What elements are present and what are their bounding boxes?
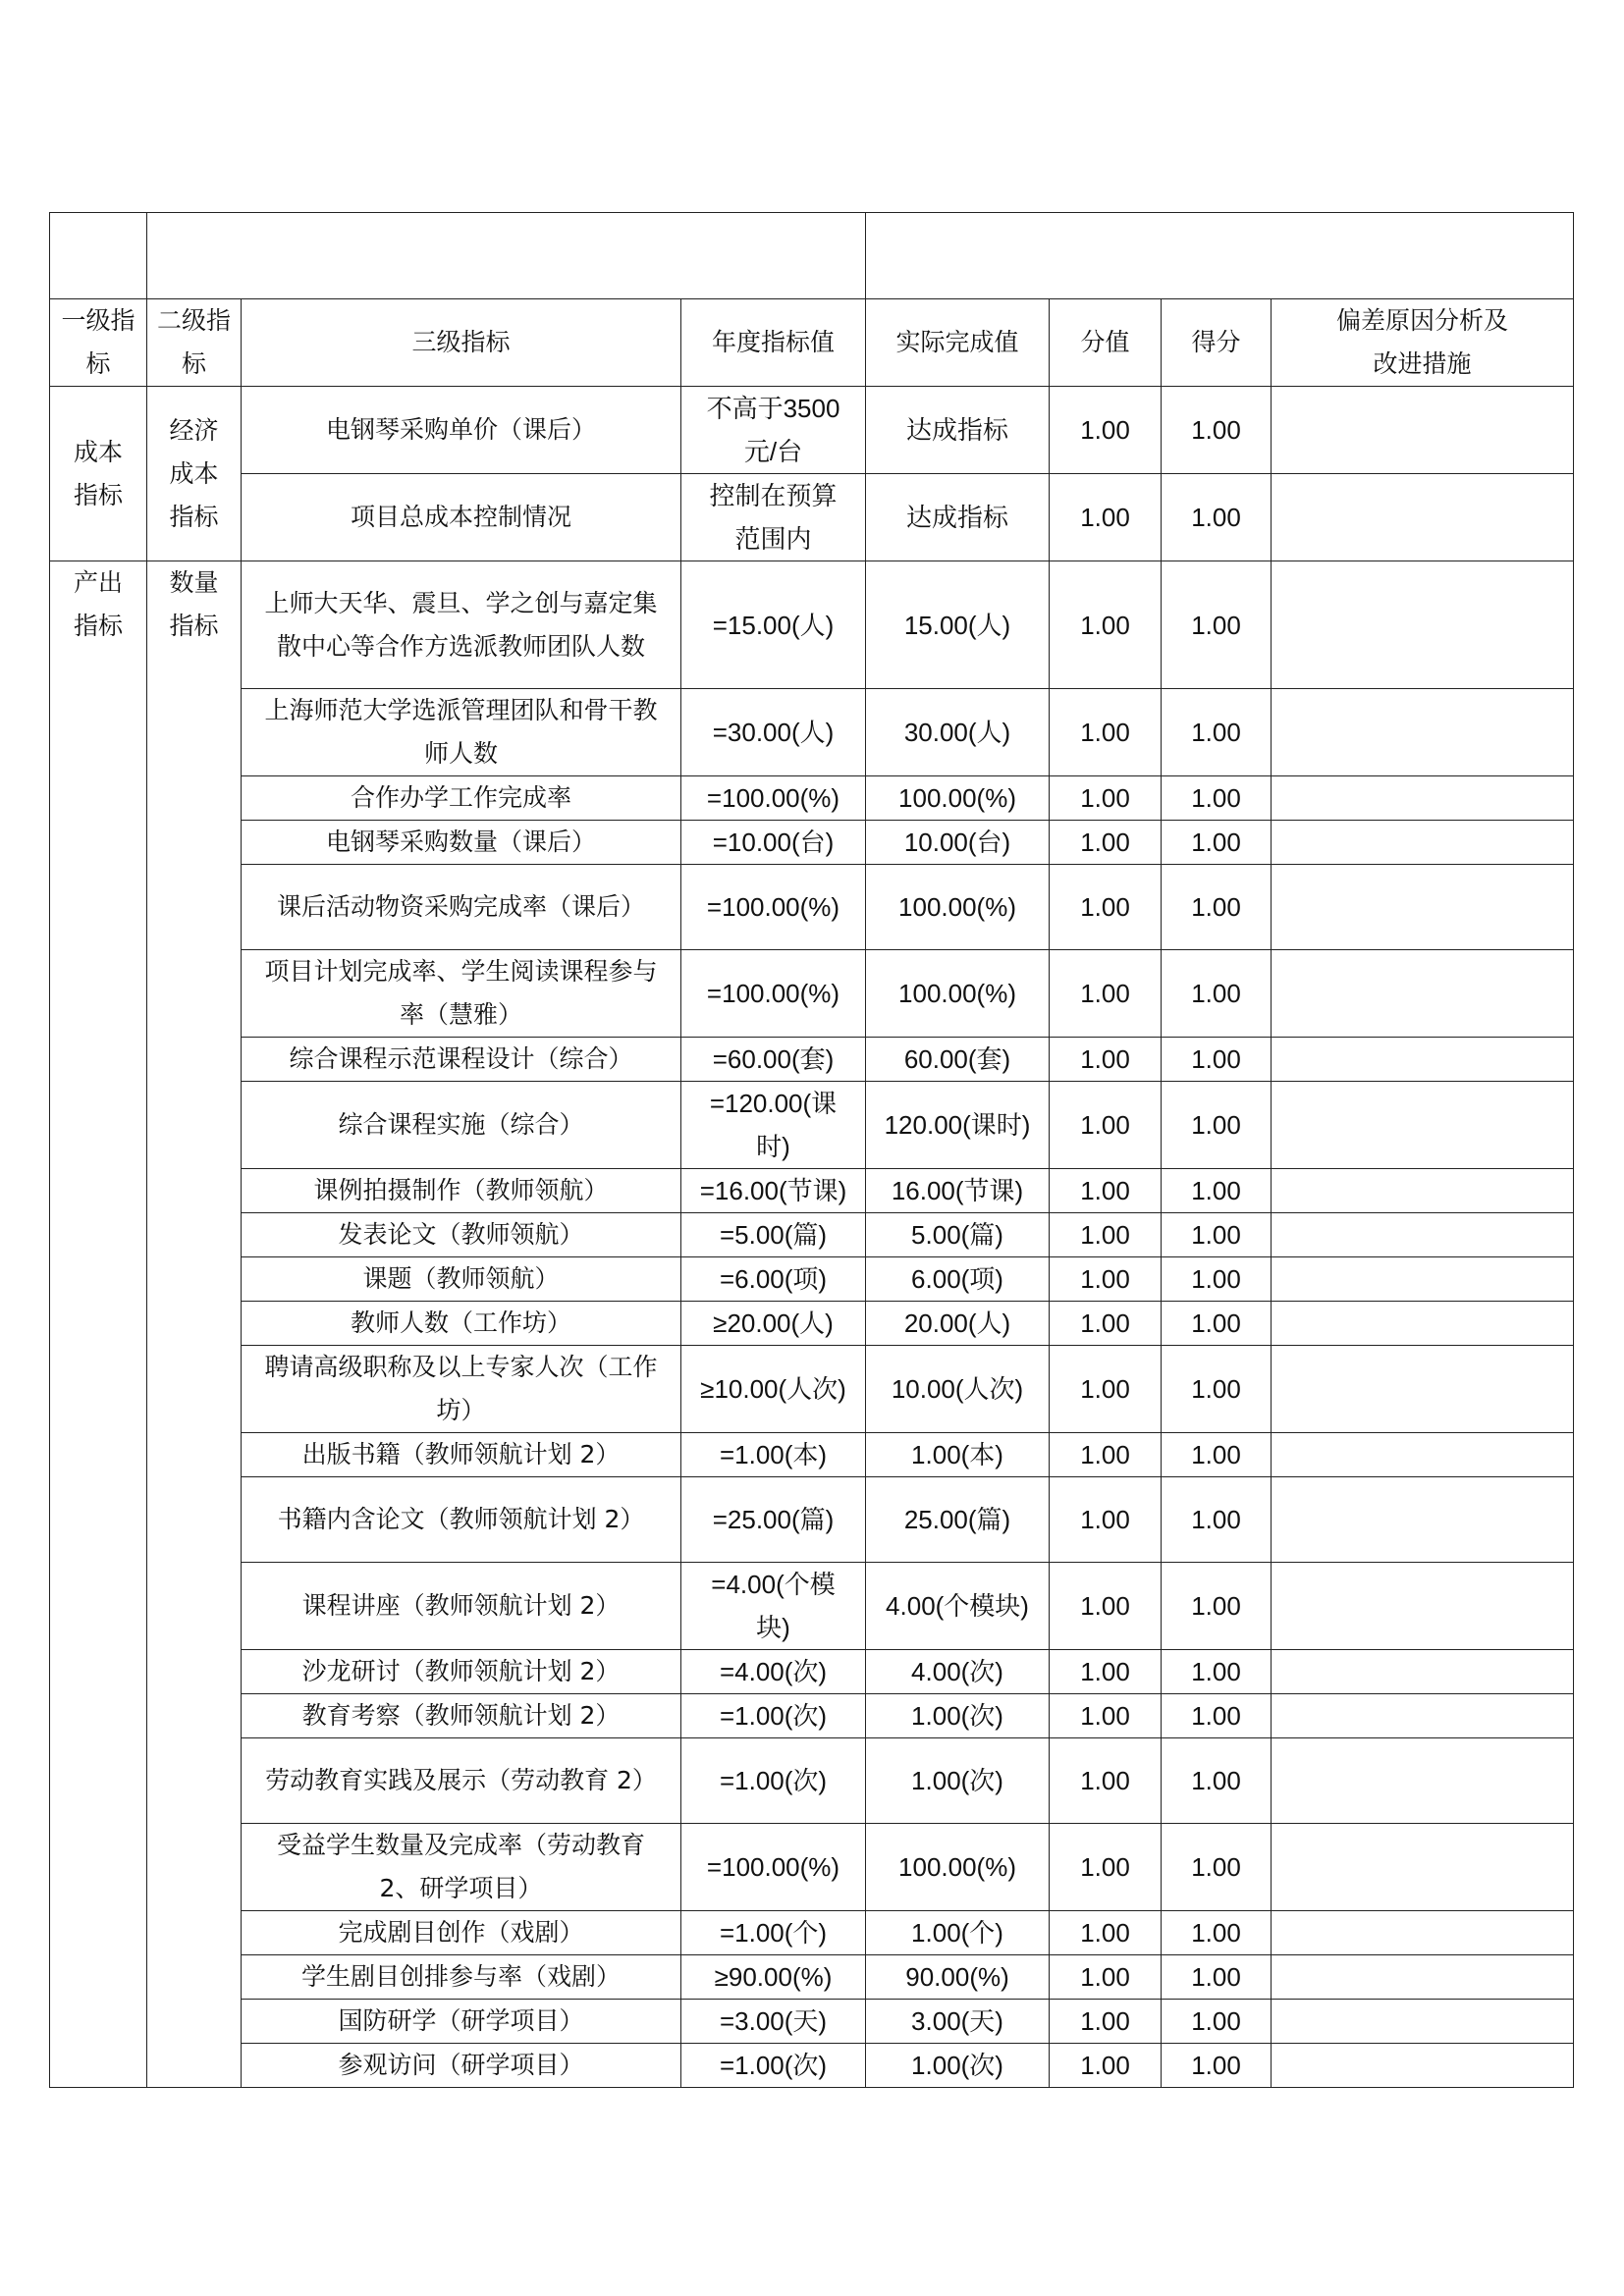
table-row: 出版书籍（教师领航计划 2）=1.00(本)1.00(本)1.001.00 — [50, 1433, 1574, 1477]
level2-cell: 数量指标 — [147, 561, 242, 2088]
target-value: =10.00(台) — [681, 821, 866, 865]
header-level3: 三级指标 — [242, 299, 681, 387]
target-value: =1.00(次) — [681, 2044, 866, 2088]
indicator-name: 学生剧目创排参与率（戏剧） — [242, 1955, 681, 2000]
target-value: 控制在预算范围内 — [681, 474, 866, 561]
actual-value: 5.00(篇) — [866, 1213, 1050, 1257]
score-value: 1.00 — [1162, 387, 1272, 474]
table-row: 合作办学工作完成率=100.00(%)100.00(%)1.001.00 — [50, 776, 1574, 821]
table-row: 受益学生数量及完成率（劳动教育 2、研学项目）=100.00(%)100.00(… — [50, 1824, 1574, 1911]
table-row: 综合课程实施（综合）=120.00(课时)120.00(课时)1.001.00 — [50, 1082, 1574, 1169]
target-value: =100.00(%) — [681, 865, 866, 950]
table-row: 教师人数（工作坊）≥20.00(人)20.00(人)1.001.00 — [50, 1302, 1574, 1346]
indicator-name: 书籍内含论文（教师领航计划 2） — [242, 1477, 681, 1563]
indicator-name: 完成剧目创作（戏剧） — [242, 1911, 681, 1955]
score-value: 1.00 — [1162, 1346, 1272, 1433]
actual-value: 1.00(个) — [866, 1911, 1050, 1955]
indicator-name: 国防研学（研学项目） — [242, 2000, 681, 2044]
level2-cell: 经济成本指标 — [147, 387, 242, 561]
blank-cell — [50, 213, 147, 299]
weight-value: 1.00 — [1050, 1082, 1162, 1169]
table-row: 劳动教育实践及展示（劳动教育 2）=1.00(次)1.00(次)1.001.00 — [50, 1738, 1574, 1824]
target-value: =1.00(个) — [681, 1911, 866, 1955]
score-value: 1.00 — [1162, 950, 1272, 1038]
score-value: 1.00 — [1162, 1213, 1272, 1257]
performance-indicator-table: 一级指标 二级指标 三级指标 年度指标值 实际完成值 分值 得分 偏差原因分析及… — [49, 212, 1574, 2088]
score-value: 1.00 — [1162, 1302, 1272, 1346]
weight-value: 1.00 — [1050, 1477, 1162, 1563]
indicator-name: 教育考察（教师领航计划 2） — [242, 1694, 681, 1738]
score-value: 1.00 — [1162, 1738, 1272, 1824]
score-value: 1.00 — [1162, 1563, 1272, 1650]
indicator-name: 课程讲座（教师领航计划 2） — [242, 1563, 681, 1650]
header-target: 年度指标值 — [681, 299, 866, 387]
target-value: =100.00(%) — [681, 776, 866, 821]
target-value: =1.00(次) — [681, 1738, 866, 1824]
target-value: =4.00(个模块) — [681, 1563, 866, 1650]
target-value: =5.00(篇) — [681, 1213, 866, 1257]
analysis-cell — [1272, 1302, 1574, 1346]
actual-value: 30.00(人) — [866, 689, 1050, 776]
table-row: 综合课程示范课程设计（综合）=60.00(套)60.00(套)1.001.00 — [50, 1038, 1574, 1082]
indicator-name: 合作办学工作完成率 — [242, 776, 681, 821]
actual-value: 6.00(项) — [866, 1257, 1050, 1302]
score-value: 1.00 — [1162, 1955, 1272, 2000]
table-row: 国防研学（研学项目）=3.00(天)3.00(天)1.001.00 — [50, 2000, 1574, 2044]
indicator-name: 电钢琴采购数量（课后） — [242, 821, 681, 865]
indicator-name: 综合课程实施（综合） — [242, 1082, 681, 1169]
target-value: =16.00(节课) — [681, 1169, 866, 1213]
target-value: ≥20.00(人) — [681, 1302, 866, 1346]
header-score: 得分 — [1162, 299, 1272, 387]
table-row: 发表论文（教师领航）=5.00(篇)5.00(篇)1.001.00 — [50, 1213, 1574, 1257]
actual-value: 4.00(个模块) — [866, 1563, 1050, 1650]
score-value: 1.00 — [1162, 776, 1272, 821]
actual-value: 90.00(%) — [866, 1955, 1050, 2000]
actual-value: 1.00(次) — [866, 1738, 1050, 1824]
score-value: 1.00 — [1162, 561, 1272, 689]
weight-value: 1.00 — [1050, 821, 1162, 865]
table-row: 电钢琴采购数量（课后）=10.00(台)10.00(台)1.001.00 — [50, 821, 1574, 865]
score-value: 1.00 — [1162, 1650, 1272, 1694]
weight-value: 1.00 — [1050, 2000, 1162, 2044]
indicator-name: 上师大天华、震旦、学之创与嘉定集散中心等合作方选派教师团队人数 — [242, 561, 681, 689]
analysis-cell — [1272, 1650, 1574, 1694]
analysis-cell — [1272, 2000, 1574, 2044]
target-value: =4.00(次) — [681, 1650, 866, 1694]
table-row: 完成剧目创作（戏剧）=1.00(个)1.00(个)1.001.00 — [50, 1911, 1574, 1955]
actual-value: 10.00(台) — [866, 821, 1050, 865]
blank-top-row — [50, 213, 1574, 299]
indicator-name: 参观访问（研学项目） — [242, 2044, 681, 2088]
weight-value: 1.00 — [1050, 1213, 1162, 1257]
target-value: ≥90.00(%) — [681, 1955, 866, 2000]
table-row: 课例拍摄制作（教师领航）=16.00(节课)16.00(节课)1.001.00 — [50, 1169, 1574, 1213]
weight-value: 1.00 — [1050, 474, 1162, 561]
actual-value: 1.00(本) — [866, 1433, 1050, 1477]
indicator-name: 上海师范大学选派管理团队和骨干教师人数 — [242, 689, 681, 776]
table-row: 沙龙研讨（教师领航计划 2）=4.00(次)4.00(次)1.001.00 — [50, 1650, 1574, 1694]
actual-value: 10.00(人次) — [866, 1346, 1050, 1433]
indicator-name: 教师人数（工作坊） — [242, 1302, 681, 1346]
target-value: =1.00(次) — [681, 1694, 866, 1738]
weight-value: 1.00 — [1050, 1911, 1162, 1955]
blank-cell — [147, 213, 866, 299]
analysis-cell — [1272, 1257, 1574, 1302]
weight-value: 1.00 — [1050, 2044, 1162, 2088]
weight-value: 1.00 — [1050, 1563, 1162, 1650]
analysis-cell — [1272, 865, 1574, 950]
analysis-cell — [1272, 2044, 1574, 2088]
actual-value: 60.00(套) — [866, 1038, 1050, 1082]
analysis-cell — [1272, 1824, 1574, 1911]
analysis-cell — [1272, 1738, 1574, 1824]
analysis-cell — [1272, 1213, 1574, 1257]
target-value: 不高于3500元/台 — [681, 387, 866, 474]
analysis-cell — [1272, 1477, 1574, 1563]
target-value: =15.00(人) — [681, 561, 866, 689]
actual-value: 20.00(人) — [866, 1302, 1050, 1346]
table-row: 课题（教师领航）=6.00(项)6.00(项)1.001.00 — [50, 1257, 1574, 1302]
target-value: =6.00(项) — [681, 1257, 866, 1302]
level1-cell: 产出指标 — [50, 561, 147, 2088]
table-row: 教育考察（教师领航计划 2）=1.00(次)1.00(次)1.001.00 — [50, 1694, 1574, 1738]
score-value: 1.00 — [1162, 1433, 1272, 1477]
weight-value: 1.00 — [1050, 689, 1162, 776]
weight-value: 1.00 — [1050, 1302, 1162, 1346]
target-value: =60.00(套) — [681, 1038, 866, 1082]
header-level1: 一级指标 — [50, 299, 147, 387]
actual-value: 25.00(篇) — [866, 1477, 1050, 1563]
indicator-name: 综合课程示范课程设计（综合） — [242, 1038, 681, 1082]
weight-value: 1.00 — [1050, 1650, 1162, 1694]
actual-value: 4.00(次) — [866, 1650, 1050, 1694]
indicator-name: 课后活动物资采购完成率（课后） — [242, 865, 681, 950]
analysis-cell — [1272, 776, 1574, 821]
table-row: 课后活动物资采购完成率（课后）=100.00(%)100.00(%)1.001.… — [50, 865, 1574, 950]
score-value: 1.00 — [1162, 2000, 1272, 2044]
weight-value: 1.00 — [1050, 776, 1162, 821]
score-value: 1.00 — [1162, 1082, 1272, 1169]
analysis-cell — [1272, 1082, 1574, 1169]
indicator-name: 电钢琴采购单价（课后） — [242, 387, 681, 474]
analysis-cell — [1272, 1038, 1574, 1082]
weight-value: 1.00 — [1050, 1169, 1162, 1213]
target-value: =25.00(篇) — [681, 1477, 866, 1563]
indicator-name: 课题（教师领航） — [242, 1257, 681, 1302]
score-value: 1.00 — [1162, 1257, 1272, 1302]
actual-value: 100.00(%) — [866, 865, 1050, 950]
actual-value: 100.00(%) — [866, 950, 1050, 1038]
analysis-cell — [1272, 821, 1574, 865]
actual-value: 100.00(%) — [866, 1824, 1050, 1911]
actual-value: 120.00(课时) — [866, 1082, 1050, 1169]
analysis-cell — [1272, 387, 1574, 474]
header-level2: 二级指标 — [147, 299, 242, 387]
score-value: 1.00 — [1162, 474, 1272, 561]
table-row: 产出指标数量指标上师大天华、震旦、学之创与嘉定集散中心等合作方选派教师团队人数=… — [50, 561, 1574, 689]
indicator-name: 聘请高级职称及以上专家人次（工作坊） — [242, 1346, 681, 1433]
indicator-name: 出版书籍（教师领航计划 2） — [242, 1433, 681, 1477]
target-value: ≥10.00(人次) — [681, 1346, 866, 1433]
score-value: 1.00 — [1162, 1911, 1272, 1955]
actual-value: 1.00(次) — [866, 2044, 1050, 2088]
score-value: 1.00 — [1162, 1477, 1272, 1563]
analysis-cell — [1272, 689, 1574, 776]
analysis-cell — [1272, 1694, 1574, 1738]
weight-value: 1.00 — [1050, 1955, 1162, 2000]
indicator-name: 劳动教育实践及展示（劳动教育 2） — [242, 1738, 681, 1824]
weight-value: 1.00 — [1050, 950, 1162, 1038]
weight-value: 1.00 — [1050, 1038, 1162, 1082]
indicator-name: 发表论文（教师领航） — [242, 1213, 681, 1257]
indicator-name: 项目总成本控制情况 — [242, 474, 681, 561]
table-row: 参观访问（研学项目）=1.00(次)1.00(次)1.001.00 — [50, 2044, 1574, 2088]
actual-value: 1.00(次) — [866, 1694, 1050, 1738]
table-row: 成本指标经济成本指标电钢琴采购单价（课后）不高于3500元/台达成指标1.001… — [50, 387, 1574, 474]
table-row: 书籍内含论文（教师领航计划 2）=25.00(篇)25.00(篇)1.001.0… — [50, 1477, 1574, 1563]
header-actual: 实际完成值 — [866, 299, 1050, 387]
analysis-cell — [1272, 561, 1574, 689]
analysis-cell — [1272, 1169, 1574, 1213]
header-row: 一级指标 二级指标 三级指标 年度指标值 实际完成值 分值 得分 偏差原因分析及… — [50, 299, 1574, 387]
target-value: =30.00(人) — [681, 689, 866, 776]
analysis-cell — [1272, 1433, 1574, 1477]
table-row: 课程讲座（教师领航计划 2）=4.00(个模块)4.00(个模块)1.001.0… — [50, 1563, 1574, 1650]
score-value: 1.00 — [1162, 821, 1272, 865]
target-value: =100.00(%) — [681, 950, 866, 1038]
score-value: 1.00 — [1162, 865, 1272, 950]
actual-value: 100.00(%) — [866, 776, 1050, 821]
blank-cell — [866, 213, 1574, 299]
analysis-cell — [1272, 474, 1574, 561]
indicator-name: 项目计划完成率、学生阅读课程参与率（慧雅） — [242, 950, 681, 1038]
target-value: =120.00(课时) — [681, 1082, 866, 1169]
table-row: 学生剧目创排参与率（戏剧）≥90.00(%)90.00(%)1.001.00 — [50, 1955, 1574, 2000]
score-value: 1.00 — [1162, 689, 1272, 776]
weight-value: 1.00 — [1050, 865, 1162, 950]
actual-value: 达成指标 — [866, 474, 1050, 561]
table-row: 上海师范大学选派管理团队和骨干教师人数=30.00(人)30.00(人)1.00… — [50, 689, 1574, 776]
weight-value: 1.00 — [1050, 561, 1162, 689]
analysis-cell — [1272, 1911, 1574, 1955]
analysis-cell — [1272, 1955, 1574, 2000]
table-row: 项目总成本控制情况控制在预算范围内达成指标1.001.00 — [50, 474, 1574, 561]
score-value: 1.00 — [1162, 1169, 1272, 1213]
table-row: 项目计划完成率、学生阅读课程参与率（慧雅）=100.00(%)100.00(%)… — [50, 950, 1574, 1038]
target-value: =1.00(本) — [681, 1433, 866, 1477]
indicator-name: 受益学生数量及完成率（劳动教育 2、研学项目） — [242, 1824, 681, 1911]
target-value: =3.00(天) — [681, 2000, 866, 2044]
actual-value: 达成指标 — [866, 387, 1050, 474]
score-value: 1.00 — [1162, 1038, 1272, 1082]
weight-value: 1.00 — [1050, 1433, 1162, 1477]
indicator-name: 沙龙研讨（教师领航计划 2） — [242, 1650, 681, 1694]
actual-value: 15.00(人) — [866, 561, 1050, 689]
table-row: 聘请高级职称及以上专家人次（工作坊）≥10.00(人次)10.00(人次)1.0… — [50, 1346, 1574, 1433]
header-weight: 分值 — [1050, 299, 1162, 387]
analysis-cell — [1272, 1563, 1574, 1650]
weight-value: 1.00 — [1050, 1824, 1162, 1911]
indicator-name: 课例拍摄制作（教师领航） — [242, 1169, 681, 1213]
score-value: 1.00 — [1162, 1694, 1272, 1738]
weight-value: 1.00 — [1050, 1346, 1162, 1433]
analysis-cell — [1272, 1346, 1574, 1433]
header-analysis: 偏差原因分析及改进措施 — [1272, 299, 1574, 387]
weight-value: 1.00 — [1050, 1694, 1162, 1738]
actual-value: 3.00(天) — [866, 2000, 1050, 2044]
score-value: 1.00 — [1162, 2044, 1272, 2088]
weight-value: 1.00 — [1050, 387, 1162, 474]
actual-value: 16.00(节课) — [866, 1169, 1050, 1213]
analysis-cell — [1272, 950, 1574, 1038]
level1-cell: 成本指标 — [50, 387, 147, 561]
weight-value: 1.00 — [1050, 1738, 1162, 1824]
weight-value: 1.00 — [1050, 1257, 1162, 1302]
score-value: 1.00 — [1162, 1824, 1272, 1911]
target-value: =100.00(%) — [681, 1824, 866, 1911]
